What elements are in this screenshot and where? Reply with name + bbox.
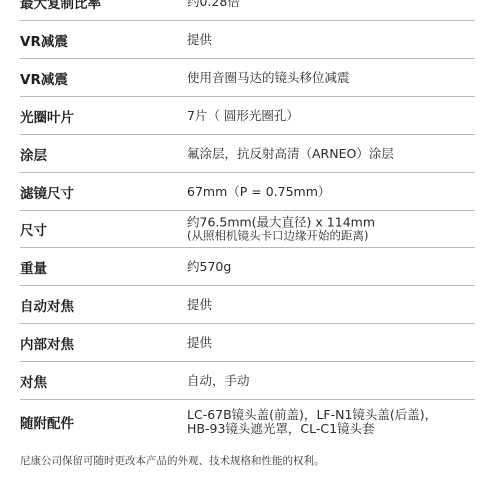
spec-value-line1: 约76.5mm(最大直径) x 114mm [187, 216, 375, 230]
spec-row-accessories: 随附配件 LC-67B镜头盖(前盖)，LF-N1镜头盖(后盖)， HB-93镜头… [20, 400, 475, 444]
spec-value: LC-67B镜头盖(前盖)，LF-N1镜头盖(后盖)， HB-93镜头遮光罩，C… [187, 408, 437, 436]
spec-value: 氟涂层，抗反射高清（ARNEO）涂层 [187, 147, 394, 161]
disclaimer-footnote: 尼康公司保留可随时更改本产品的外观、技术规格和性能的权利。 [20, 453, 325, 468]
spec-value: 提供 [187, 336, 212, 350]
spec-row-max-reproduction-ratio: 最大复制比率 约0.28倍 [20, 0, 475, 21]
spec-value: 提供 [187, 33, 212, 47]
spec-row-vr: VR减震 提供 [20, 21, 475, 59]
spec-value: 约570g [187, 260, 231, 274]
spec-value-line2: HB-93镜头遮光罩，CL-C1镜头套 [187, 422, 437, 436]
spec-value: 自动，手动 [187, 374, 250, 388]
spec-row-vr-type: VR减震 使用音圈马达的镜头移位减震 [20, 59, 475, 97]
spec-row-focus-mode: 对焦 自动，手动 [20, 362, 475, 400]
spec-value: 约76.5mm(最大直径) x 114mm (从照相机镜头卡口边缘开始的距离) [187, 216, 375, 243]
spec-row-dimensions: 尺寸 约76.5mm(最大直径) x 114mm (从照相机镜头卡口边缘开始的距… [20, 211, 475, 248]
spec-value: 提供 [187, 298, 212, 312]
spec-label: 最大复制比率 [20, 0, 101, 12]
spec-value: 7片（ 圆形光圈孔） [187, 109, 299, 123]
spec-label: 重量 [20, 257, 47, 277]
spec-row-filter-size: 滤镜尺寸 67mm（P = 0.75mm） [20, 173, 475, 211]
spec-label: 光圈叶片 [20, 106, 74, 126]
spec-label: 对焦 [20, 371, 47, 391]
spec-label: VR减震 [20, 68, 68, 88]
spec-row-internal-focus: 内部对焦 提供 [20, 324, 475, 362]
spec-value: 约0.28倍 [187, 0, 240, 9]
spec-row-coating: 涂层 氟涂层，抗反射高清（ARNEO）涂层 [20, 135, 475, 173]
spec-row-autofocus: 自动对焦 提供 [20, 286, 475, 324]
spec-value: 67mm（P = 0.75mm） [187, 185, 330, 199]
spec-row-weight: 重量 约570g [20, 248, 475, 286]
spec-label: 随附配件 [20, 412, 74, 432]
spec-label: 涂层 [20, 144, 47, 164]
spec-value-line2: (从照相机镜头卡口边缘开始的距离) [187, 230, 375, 243]
spec-label: 滤镜尺寸 [20, 182, 74, 202]
spec-label: 尺寸 [20, 219, 47, 239]
spec-label: 内部对焦 [20, 333, 74, 353]
spec-value-line1: LC-67B镜头盖(前盖)，LF-N1镜头盖(后盖)， [187, 408, 437, 422]
spec-table: 最大复制比率 约0.28倍 VR减震 提供 VR减震 使用音圈马达的镜头移位减震… [20, 0, 475, 444]
spec-value: 使用音圈马达的镜头移位减震 [187, 71, 350, 85]
spec-label: 自动对焦 [20, 295, 74, 315]
spec-label: VR减震 [20, 30, 68, 50]
spec-row-aperture-blades: 光圈叶片 7片（ 圆形光圈孔） [20, 97, 475, 135]
